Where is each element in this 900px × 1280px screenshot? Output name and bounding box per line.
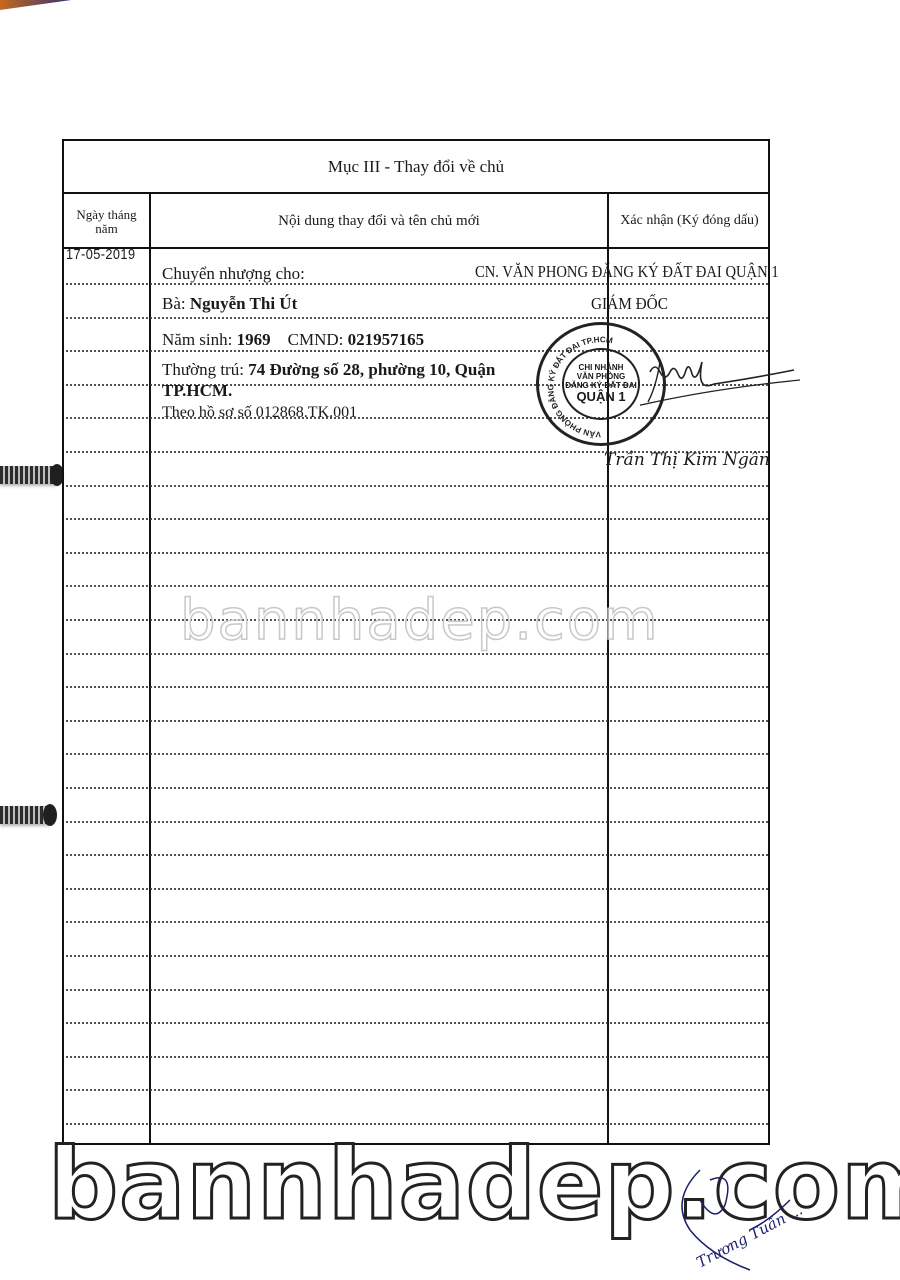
owner-name: Nguyễn Thi Út (190, 294, 297, 313)
id-label: CMND: (288, 330, 344, 349)
residence-value: 74 Đường số 28, phường 10, Quận (248, 360, 495, 379)
section-title: Mục III - Thay đổi về chủ (64, 141, 768, 194)
dotted-line (66, 1056, 768, 1058)
svg-text:VĂN PHÒNG ĐĂNG KÝ ĐẤT ĐAI TP.H: VĂN PHÒNG ĐĂNG KÝ ĐẤT ĐAI TP.HCM (546, 335, 613, 439)
header-confirm: Xác nhận (Ký đóng dấu) (609, 194, 770, 249)
binder-ring-icon (0, 466, 62, 484)
dotted-line (66, 518, 768, 520)
file-reference: Theo hồ sơ số 012868.TK.001 (162, 404, 357, 422)
dotted-line (66, 1022, 768, 1024)
dotted-line (66, 485, 768, 487)
dotted-line (66, 854, 768, 856)
corner-tab (0, 0, 75, 10)
signer-name: Trần Thị Kim Ngân (604, 450, 770, 470)
residence-label: Thường trú: (162, 360, 244, 379)
header-content: Nội dung thay đổi và tên chủ mới (151, 194, 607, 249)
birth-year: 1969 (237, 330, 271, 349)
residence: Thường trú: 74 Đường số 28, phường 10, Q… (162, 360, 495, 380)
residence-city: TP.HCM. (162, 381, 232, 401)
entry-date: 17-05-2019 (66, 246, 135, 263)
table-header: Ngày tháng năm Nội dung thay đổi và tên … (64, 194, 768, 249)
owner-prefix: Bà: (162, 294, 186, 313)
watermark-middle: bannhadep.com (180, 588, 660, 653)
svg-text:Trương Tuấn ...: Trương Tuấn ... (693, 1200, 805, 1271)
dotted-line (66, 821, 768, 823)
dotted-line (66, 686, 768, 688)
initials-signature-icon: Trương Tuấn ... (640, 1160, 840, 1275)
new-owner: Bà: Nguyễn Thi Út (162, 294, 297, 314)
dotted-line (66, 1089, 768, 1091)
director-signature-icon (640, 352, 810, 412)
dotted-line (66, 888, 768, 890)
dotted-line (66, 317, 768, 319)
header-date: Ngày tháng năm (64, 194, 149, 249)
director-title: GIÁM ĐỐC (591, 294, 668, 314)
transfer-label: Chuyển nhượng cho: (162, 264, 305, 284)
dotted-line (66, 955, 768, 957)
dotted-line (66, 753, 768, 755)
dotted-line (66, 1123, 768, 1125)
owner-identity: Năm sinh: 1969 CMND: 021957165 (162, 330, 424, 350)
dotted-line (66, 552, 768, 554)
binder-ring-icon (0, 806, 55, 824)
dotted-line (66, 989, 768, 991)
dotted-line (66, 921, 768, 923)
birth-label: Năm sinh: (162, 330, 232, 349)
office-name: CN. VĂN PHONG ĐĂNG KÝ ĐẤT ĐAI QUẬN 1 (475, 262, 779, 282)
dotted-line (66, 787, 768, 789)
id-number: 021957165 (348, 330, 425, 349)
dotted-line (66, 720, 768, 722)
